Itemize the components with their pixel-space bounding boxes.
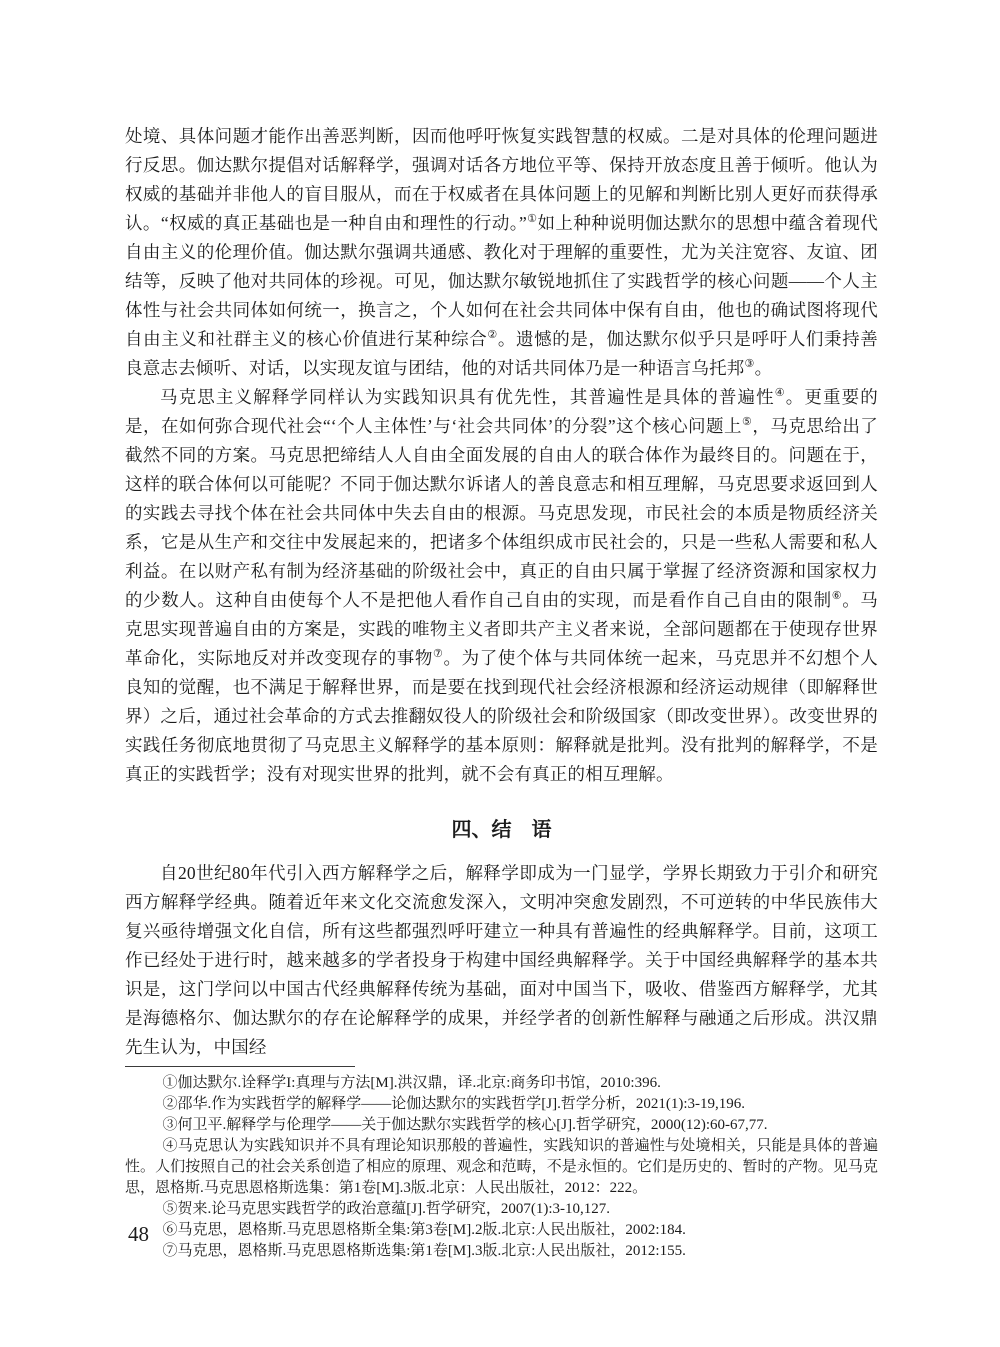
footnote-item-7: ⑦马克思，恩格斯.马克思恩格斯选集:第1卷[M].3版.北京:人民出版社，201…: [125, 1241, 878, 1262]
footnote-reference-mark: ④: [775, 387, 786, 399]
footnote-item-6: ⑥马克思，恩格斯.马克思恩格斯全集:第3卷[M].2版.北京:人民出版社，200…: [125, 1220, 878, 1241]
footnote-reference-mark: ⑦: [433, 648, 443, 660]
article-body: 处境、具体问题才能作出善恶判断，因而他呼吁恢复实践智慧的权威。二是对具体的伦理问…: [125, 122, 878, 1262]
footnote-separator-rule: [125, 1066, 355, 1067]
footnote-item-5: ⑤贺来.论马克思实践哲学的政治意蕴[J].哲学研究，2007(1):3-10,1…: [125, 1199, 878, 1220]
footnote-reference-mark: ⑥: [832, 590, 842, 602]
paragraph-continuation: 处境、具体问题才能作出善恶判断，因而他呼吁恢复实践智慧的权威。二是对具体的伦理问…: [125, 122, 878, 383]
footnote-reference-mark: ①: [527, 213, 538, 225]
footnote-item-2: ②邵华.作为实践哲学的解释学——论伽达默尔的实践哲学[J].哲学分析，2021(…: [125, 1094, 878, 1115]
paragraph-conclusion: 自20世纪80年代引入西方解释学之后，解释学即成为一门显学，学界长期致力于引介和…: [125, 859, 878, 1062]
footnotes: ①伽达默尔.诠释学I:真理与方法[M].洪汉鼎，译.北京:商务印书馆，2010:…: [125, 1073, 878, 1262]
footnote-reference-mark: ③: [745, 358, 755, 370]
page-number: 48: [128, 1222, 149, 1247]
footnote-reference-mark: ⑤: [742, 416, 752, 428]
footnote-item-1: ①伽达默尔.诠释学I:真理与方法[M].洪汉鼎，译.北京:商务印书馆，2010:…: [125, 1073, 878, 1094]
document-page: 处境、具体问题才能作出善恶判断，因而他呼吁恢复实践智慧的权威。二是对具体的伦理问…: [0, 0, 1000, 1347]
section-heading: 四、结 语: [125, 817, 878, 843]
footnote-reference-mark: ②: [487, 329, 497, 341]
footnote-item-4: ④马克思认为实践知识并不具有理论知识那般的普遍性，实践知识的普遍性与处境相关，只…: [125, 1136, 878, 1199]
footnote-item-3: ③何卫平.解释学与伦理学——关于伽达默尔实践哲学的核心[J].哲学研究，2000…: [125, 1115, 878, 1136]
paragraph-marxist-hermeneutics: 马克思主义解释学同样认为实践知识具有优先性，其普遍性是具体的普遍性④。更重要的是…: [125, 383, 878, 789]
